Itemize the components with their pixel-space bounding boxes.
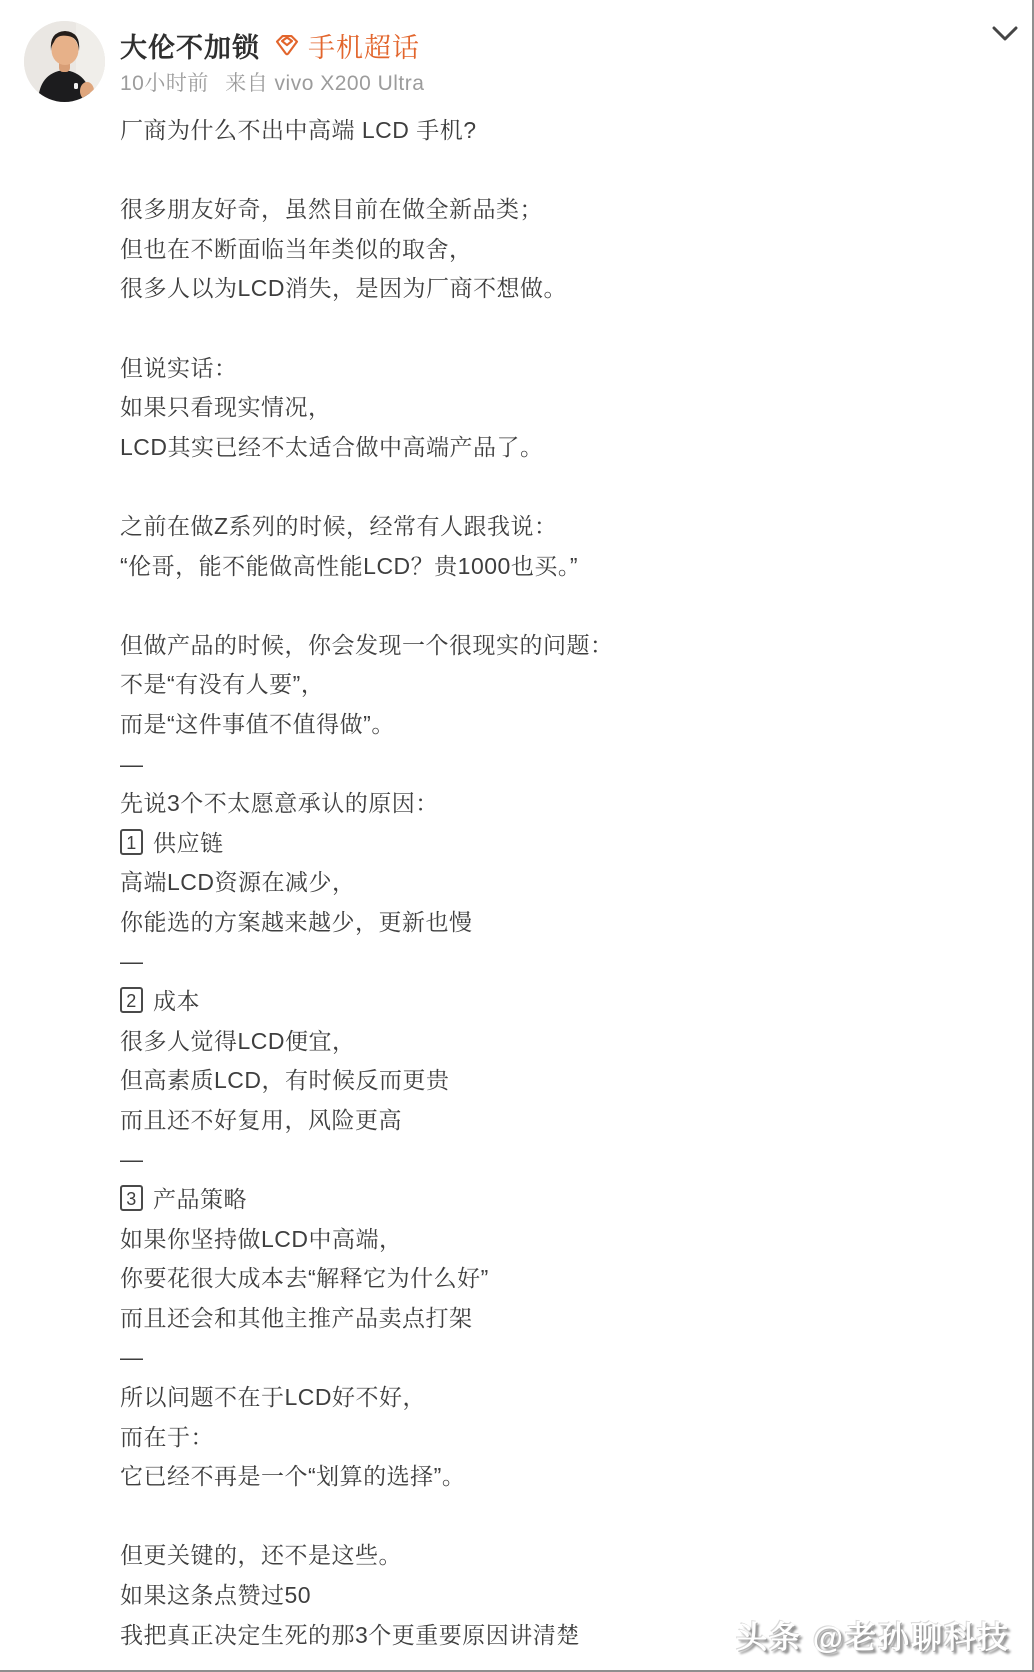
chevron-down-icon[interactable] [992,26,1018,42]
post-line-text: “伦哥，能不能做高性能LCD？贵1000也买。” [120,553,578,579]
avatar[interactable] [24,21,105,102]
post-line: 很多朋友好奇，虽然目前在做全新品类； [120,190,992,230]
post-line: — [120,1338,992,1378]
post-line: 但更关键的，还不是这些。 [120,1536,992,1576]
post-line: 之前在做Z系列的时候，经常有人跟我说： [120,507,992,547]
post-line-text: 之前在做Z系列的时候，经常有人跟我说： [120,513,558,539]
post-line-text: 我把真正决定生死的那3个更重要原因讲清楚 [120,1622,580,1648]
post-line-text: 供应链 [153,830,224,856]
post-header: 大伦不加锁 手机超话 [120,26,420,65]
post-line-text [120,157,127,183]
post-line: 如果只看现实情况， [120,388,992,428]
post-line-blank [120,1497,992,1537]
post-line-text: 而是“这件事值不值得做”。 [120,711,395,737]
supertopic-link[interactable]: 手机超话 [272,26,420,65]
post-line: 厂商为什么不出中高端 LCD 手机? [120,111,992,151]
post-line: 不是“有没有人要”， [120,665,992,705]
post-line-text: 成本 [153,988,200,1014]
post-body: 厂商为什么不出中高端 LCD 手机? 很多朋友好奇，虽然目前在做全新品类；但也在… [120,111,992,1655]
post-line-text: — [120,948,144,974]
post-line: 而且还不好复用，风险更高 [120,1101,992,1141]
post-line-text: 你要花很大成本去“解释它为什么好” [120,1265,489,1291]
post-line-text: 产品策略 [153,1186,247,1212]
post-line-text: 先说3个不太愿意承认的原因： [120,790,439,816]
post-line-text [120,315,127,341]
numbered-marker: 1 [120,829,143,855]
post-line: 但说实话： [120,349,992,389]
post-line-text: 它已经不再是一个“划算的选择”。 [120,1463,465,1489]
username[interactable]: 大伦不加锁 [120,26,260,65]
post-line-text: 很多朋友好奇，虽然目前在做全新品类； [120,196,543,222]
post-line: 你能选的方案越来越少，更新也慢 [120,903,992,943]
post-line-text: 不是“有没有人要”， [120,671,324,697]
post-line: 而在于： [120,1418,992,1458]
post-line-text [120,473,127,499]
post-line-blank [120,467,992,507]
post-source[interactable]: 来自 vivo X200 Ultra [225,72,424,95]
post-line-text: — [120,751,144,777]
post-line: 3产品策略 [120,1180,992,1220]
post-line: — [120,745,992,785]
post-line-blank [120,309,992,349]
post-line: 1供应链 [120,824,992,864]
post-line-text: 很多人以为LCD消失，是因为厂商不想做。 [120,275,567,301]
post-line: 但也在不断面临当年类似的取舍， [120,230,992,270]
post-line-text: 而且还会和其他主推产品卖点打架 [120,1305,473,1331]
post-line-text: LCD其实已经不太适合做中高端产品了。 [120,434,544,460]
post-line: 高端LCD资源在减少， [120,863,992,903]
supertopic-label: 手机超话 [308,26,420,65]
post-line-text [120,592,127,618]
post-meta: 10小时前 来自 vivo X200 Ultra [120,67,424,97]
post-line-text: 厂商为什么不出中高端 LCD 手机? [120,117,477,143]
post-line-text: 你能选的方案越来越少，更新也慢 [120,909,473,935]
post-line: 你要花很大成本去“解释它为什么好” [120,1259,992,1299]
numbered-marker: 3 [120,1185,143,1211]
post-line: 先说3个不太愿意承认的原因： [120,784,992,824]
post-line-blank [120,151,992,191]
supertopic-gem-icon [272,33,302,59]
post-line: 2成本 [120,982,992,1022]
post-line: — [120,1140,992,1180]
post-line: 所以问题不在于LCD好不好， [120,1378,992,1418]
post-line-text: 很多人觉得LCD便宜， [120,1028,356,1054]
post-line: 但高素质LCD，有时候反而更贵 [120,1061,992,1101]
post-line: 很多人觉得LCD便宜， [120,1022,992,1062]
post-time: 10小时前 [120,72,209,95]
post-line: 但做产品的时候，你会发现一个很现实的问题： [120,626,992,666]
post-line: — [120,942,992,982]
post-line-text: 但更关键的，还不是这些。 [120,1542,402,1568]
watermark: 头条 @老孙聊科技 [736,1612,1010,1657]
post-line-text: 如果这条点赞过50 [120,1582,311,1608]
post-line: 如果你坚持做LCD中高端， [120,1220,992,1260]
post-line-blank [120,586,992,626]
post-line: “伦哥，能不能做高性能LCD？贵1000也买。” [120,547,992,587]
post-line-text: 但做产品的时候，你会发现一个很现实的问题： [120,632,614,658]
post-line-text: 如果你坚持做LCD中高端， [120,1226,403,1252]
post-line-text: 所以问题不在于LCD好不好， [120,1384,426,1410]
post-line-text: 而在于： [120,1424,214,1450]
avatar-image [24,21,105,102]
post-line: 如果这条点赞过50 [120,1576,992,1616]
post-line-text: 但高素质LCD，有时候反而更贵 [120,1067,450,1093]
post-line-text: — [120,1146,144,1172]
post-line-text: 高端LCD资源在减少， [120,869,356,895]
numbered-marker: 2 [120,987,143,1013]
post-line-text: 但说实话： [120,355,238,381]
post-line: 它已经不再是一个“划算的选择”。 [120,1457,992,1497]
post-line-text: 如果只看现实情况， [120,394,332,420]
weibo-post-card: 大伦不加锁 手机超话 10小时前 来自 vivo X200 Ultra 厂商为什… [0,0,1034,1672]
post-line: 而是“这件事值不值得做”。 [120,705,992,745]
post-line-text: 而且还不好复用，风险更高 [120,1107,402,1133]
post-line: LCD其实已经不太适合做中高端产品了。 [120,428,992,468]
post-line: 很多人以为LCD消失，是因为厂商不想做。 [120,269,992,309]
post-line-text [120,1503,127,1529]
post-line-text: — [120,1344,144,1370]
post-line: 而且还会和其他主推产品卖点打架 [120,1299,992,1339]
post-line-text: 但也在不断面临当年类似的取舍， [120,236,473,262]
